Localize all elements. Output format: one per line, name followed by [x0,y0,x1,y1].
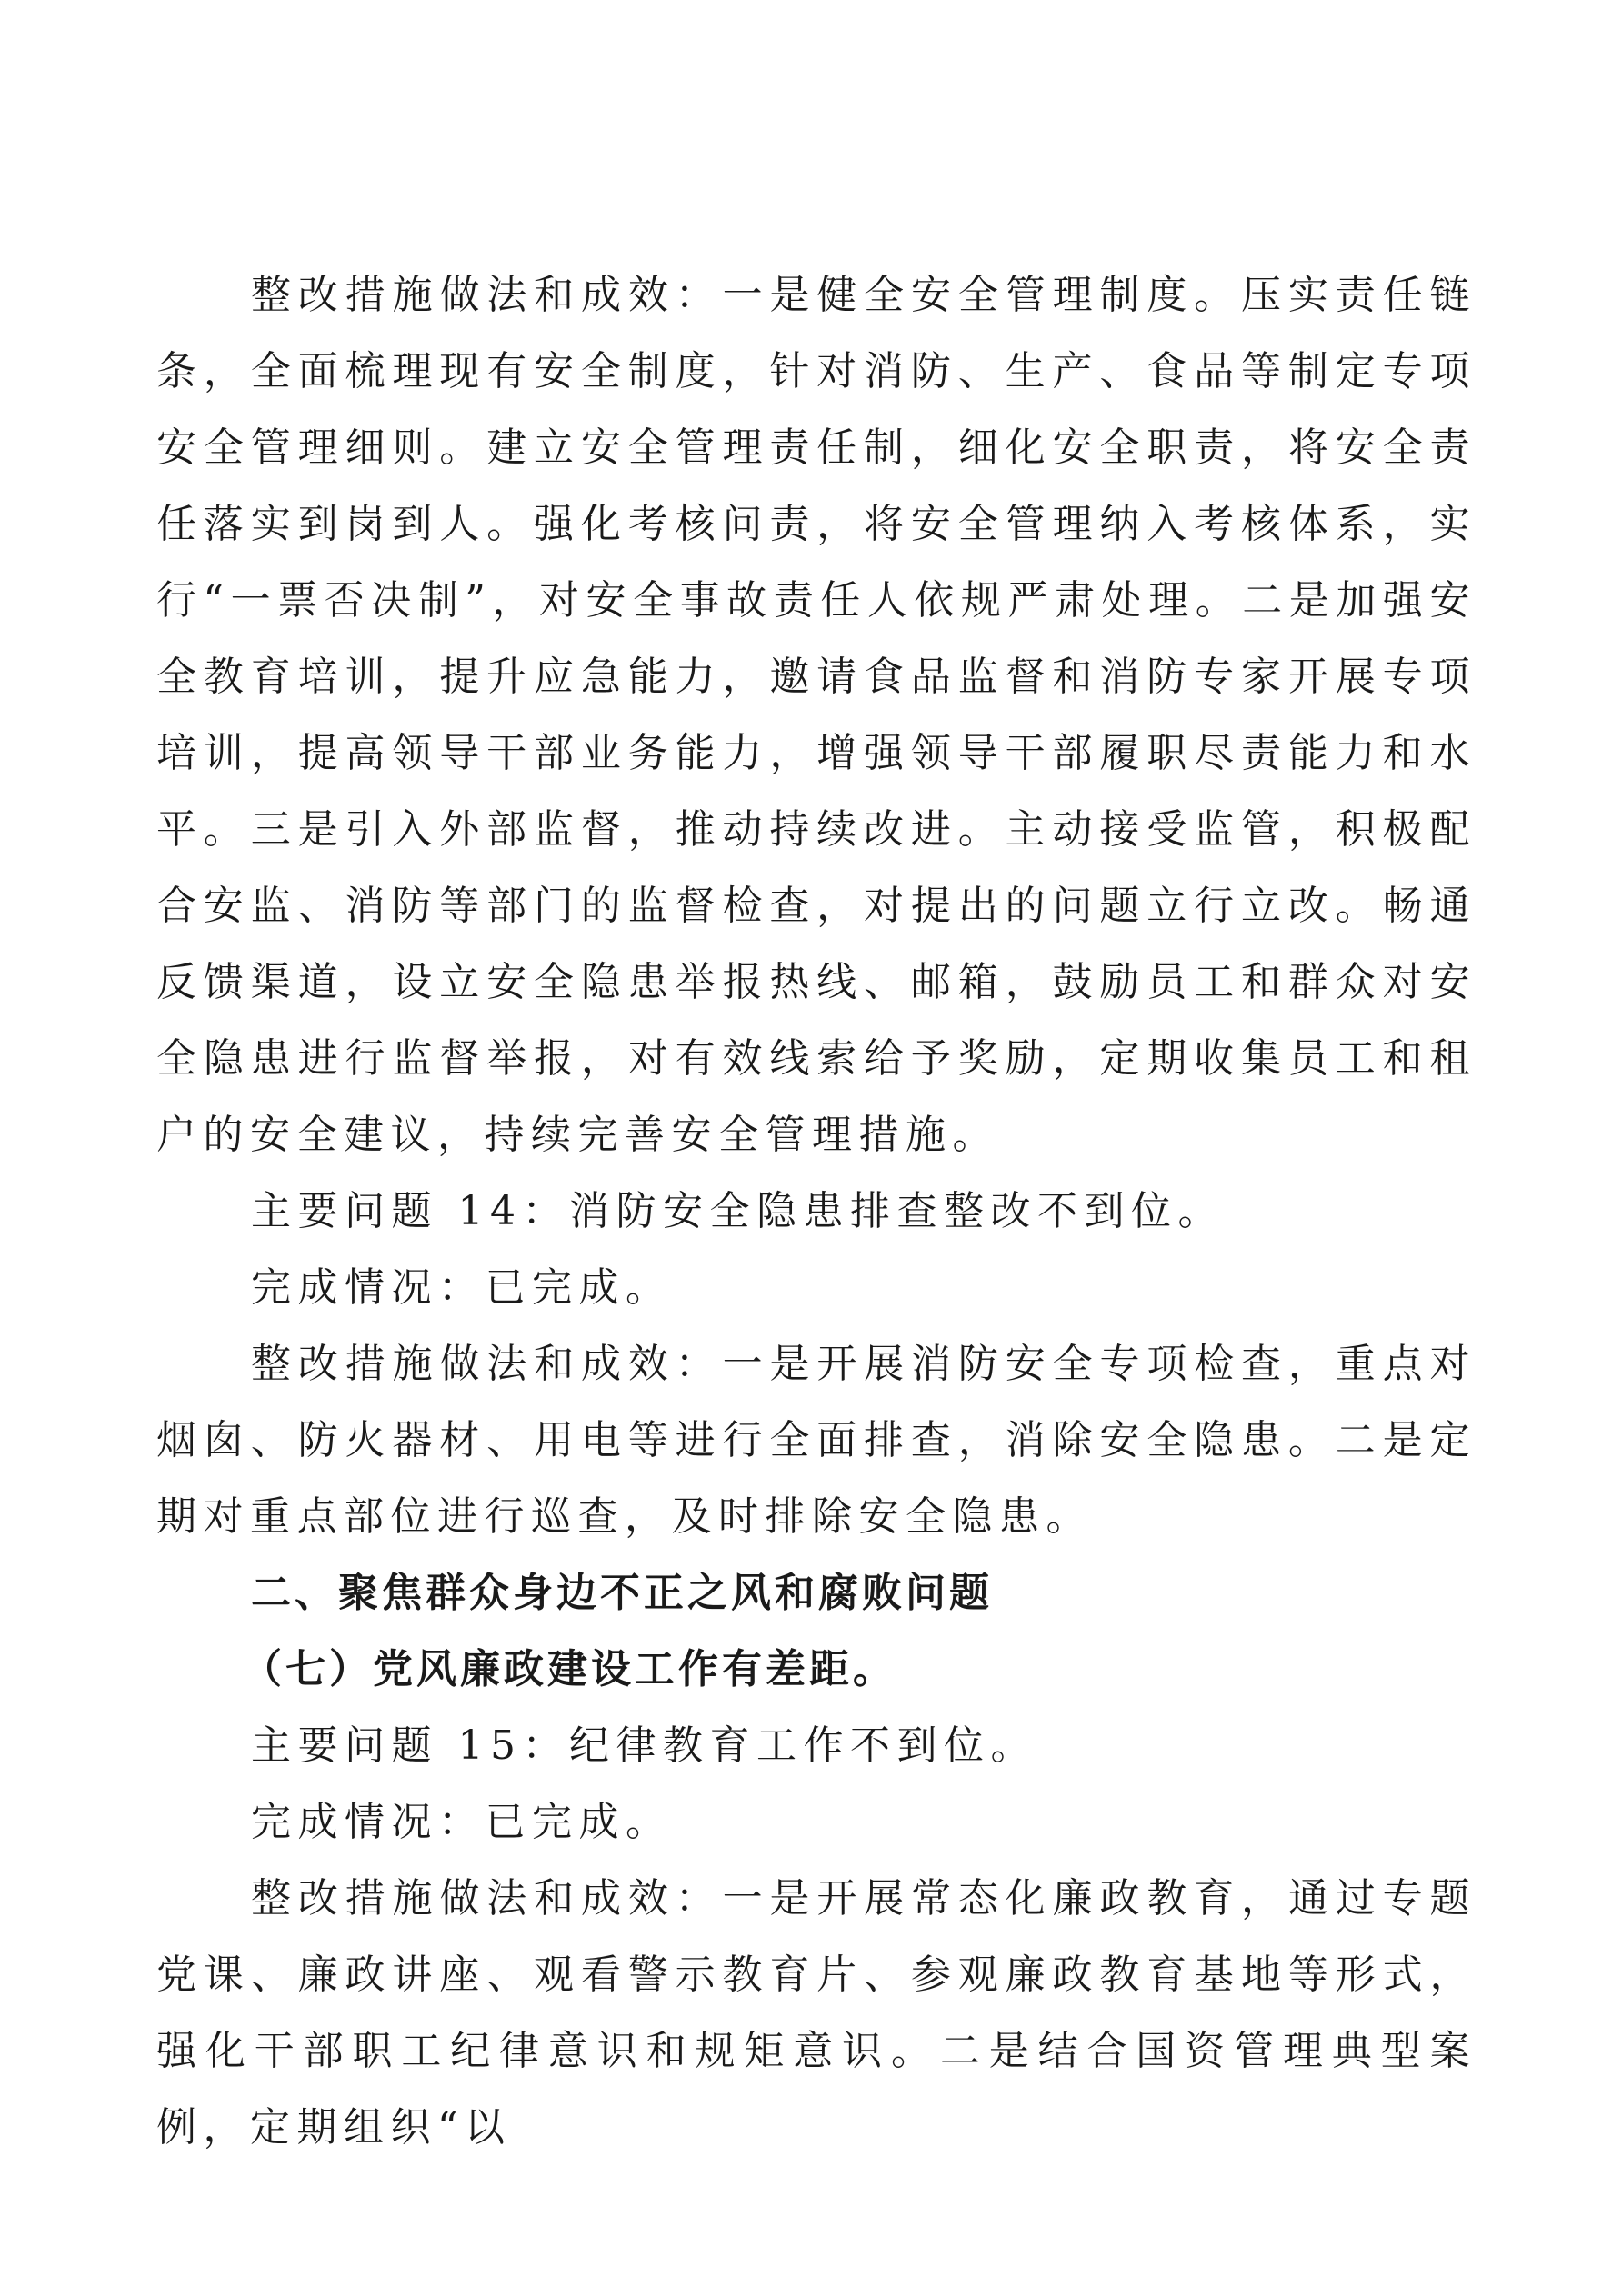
document-page: 整改措施做法和成效：一是健全安全管理制度。压实责任链条，全面梳理现有安全制度，针… [156,257,1477,2166]
completion-status-14: 完成情况：已完成。 [156,1250,1477,1326]
subsection-heading-7: （七）党风廉政建设工作有差距。 [156,1632,1477,1708]
rectification-measures-paragraph-15: 整改措施做法和成效：一是开展常态化廉政教育，通过专题党课、廉政讲座、观看警示教育… [156,1861,1477,2166]
completion-status-15: 完成情况：已完成。 [156,1784,1477,1861]
main-issue-14: 主要问题 14：消防安全隐患排查整改不到位。 [156,1173,1477,1250]
main-issue-15: 主要问题 15：纪律教育工作不到位。 [156,1708,1477,1784]
rectification-measures-paragraph-14: 整改措施做法和成效：一是开展消防安全专项检查，重点对烟囱、防火器材、用电等进行全… [156,1326,1477,1555]
rectification-measures-paragraph-13: 整改措施做法和成效：一是健全安全管理制度。压实责任链条，全面梳理现有安全制度，针… [156,257,1477,1173]
section-heading-2: 二、聚焦群众身边不正之风和腐败问题 [156,1555,1477,1632]
